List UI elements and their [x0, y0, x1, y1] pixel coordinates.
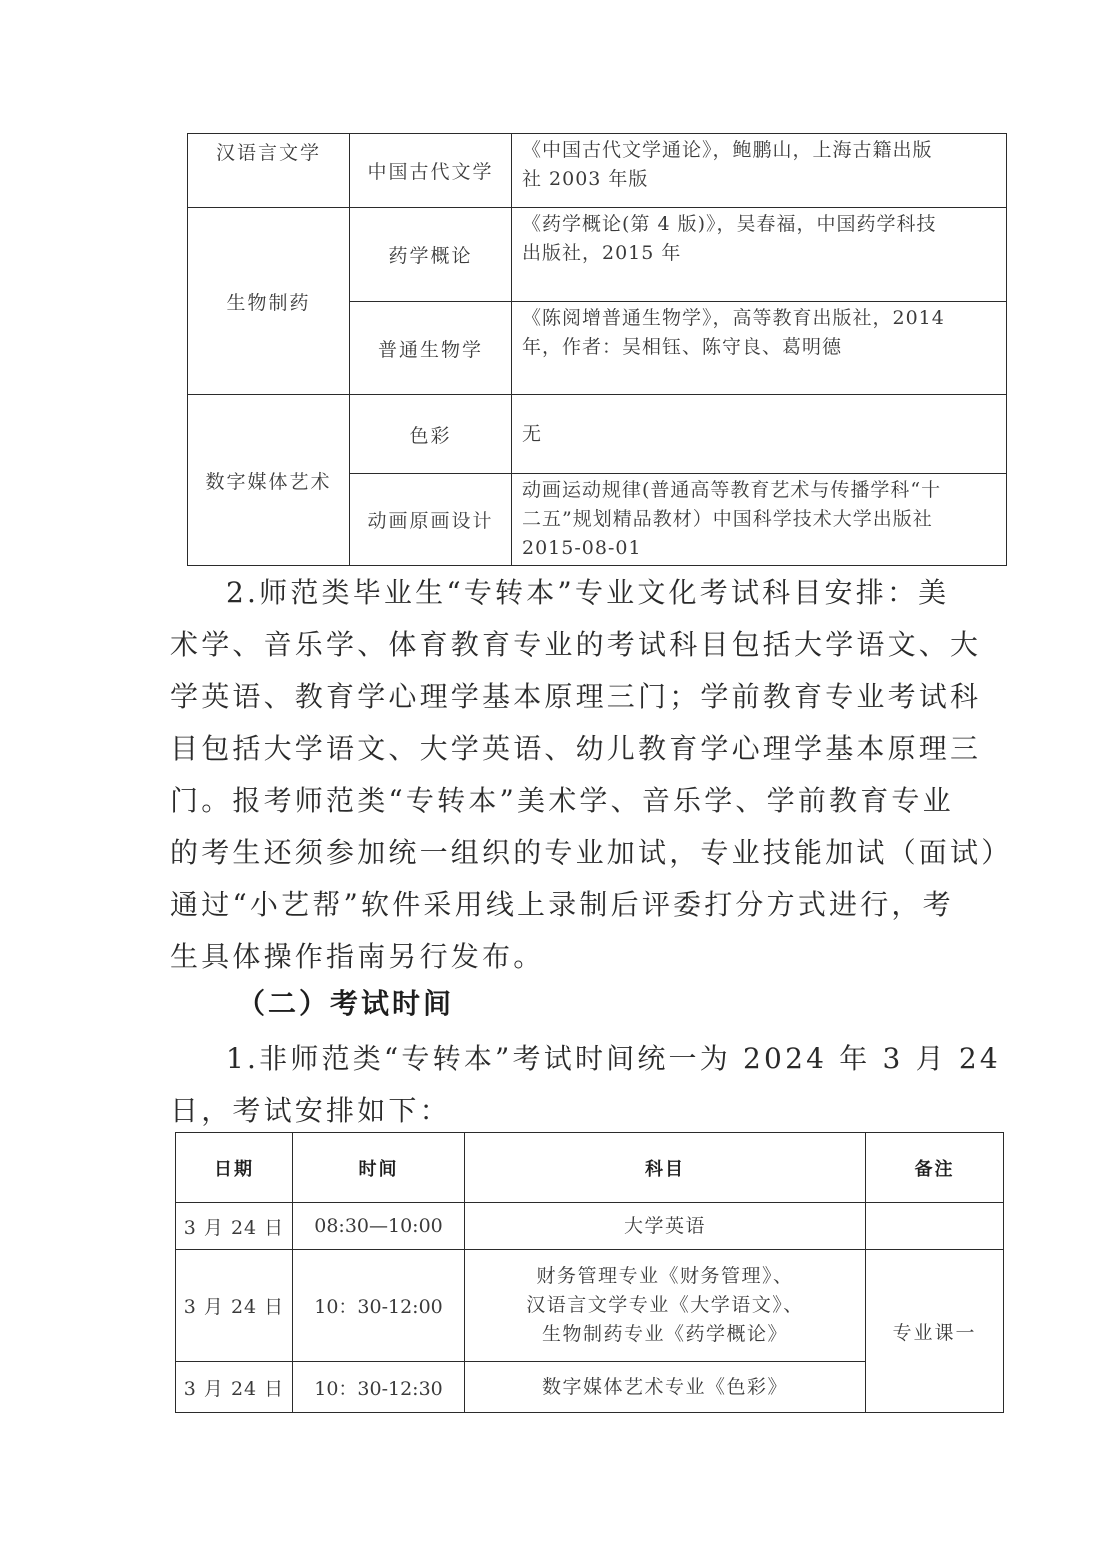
textbook-cell: 《药学概论(第 4 版)》，吴春福，中国药学科技 出版社，2015 年: [512, 208, 1007, 302]
textbook-line: 无: [522, 420, 1000, 449]
paragraph-line: 术学、音乐学、体育教育专业的考试科目包括大学语文、大: [170, 619, 940, 671]
textbook-line: 《中国古代文学通论》，鲍鹏山，上海古籍出版: [522, 136, 1000, 165]
course-cell: 动画原画设计: [350, 474, 512, 566]
textbook-cell: 《陈阅增普通生物学》，高等教育出版社，2014 年，作者：吴相钰、陈守良、葛明德: [512, 302, 1007, 395]
table-row: 汉语言文学 中国古代文学 《中国古代文学通论》，鲍鹏山，上海古籍出版 社 200…: [188, 134, 1007, 208]
textbook-cell: 《中国古代文学通论》，鲍鹏山，上海古籍出版 社 2003 年版: [512, 134, 1007, 208]
major-cell: 汉语言文学: [188, 134, 350, 208]
subject-line: 汉语言文学专业《大学语文》、: [465, 1291, 865, 1320]
subject-line: 生物制药专业《药学概论》: [465, 1320, 865, 1349]
major-cell: 生物制药: [188, 208, 350, 395]
time-cell: 08:30—10:00: [293, 1203, 465, 1250]
time-cell: 10：30-12:00: [293, 1250, 465, 1362]
normal-university-exam-paragraph: 2.师范类毕业生“专转本”专业文化考试科目安排：美 术学、音乐学、体育教育专业的…: [170, 567, 940, 983]
textbook-line: 二五”规划精品教材）中国科学技术大学出版社: [522, 505, 1000, 534]
paragraph-line: 生具体操作指南另行发布。: [170, 931, 940, 983]
paragraph-line: 通过“小艺帮”软件采用线上录制后评委打分方式进行，考: [170, 879, 940, 931]
major-cell: 数字媒体艺术: [188, 395, 350, 566]
subject-line: 数字媒体艺术专业《色彩》: [465, 1373, 865, 1402]
table-row: 数字媒体艺术 色彩 无: [188, 395, 1007, 474]
textbook-cell: 动画运动规律(普通高等教育艺术与传播学科“十 二五”规划精品教材）中国科学技术大…: [512, 474, 1007, 566]
note-cell: [866, 1203, 1004, 1250]
header-date: 日期: [176, 1133, 293, 1203]
paragraph-line: 1.非师范类“专转本”考试时间统一为 2024 年 3 月 24: [170, 1033, 940, 1085]
textbook-line: 年，作者：吴相钰、陈守良、葛明德: [522, 333, 1000, 362]
paragraph-line: 2.师范类毕业生“专转本”专业文化考试科目安排：美: [170, 567, 940, 619]
table-row: 3 月 24 日 10：30-12:00 财务管理专业《财务管理》、 汉语言文学…: [176, 1250, 1004, 1362]
exam-time-paragraph: 1.非师范类“专转本”考试时间统一为 2024 年 3 月 24 日，考试安排如…: [170, 1033, 940, 1137]
course-cell: 普通生物学: [350, 302, 512, 395]
header-note: 备注: [866, 1133, 1004, 1203]
paragraph-line: 目包括大学语文、大学英语、幼儿教育学心理学基本原理三: [170, 723, 940, 775]
exam-schedule-table: 日期 时间 科目 备注 3 月 24 日 08:30—10:00 大学英语 3 …: [175, 1132, 1004, 1413]
table-row: 生物制药 药学概论 《药学概论(第 4 版)》，吴春福，中国药学科技 出版社，2…: [188, 208, 1007, 302]
course-cell: 色彩: [350, 395, 512, 474]
course-cell: 药学概论: [350, 208, 512, 302]
time-cell: 10：30-12:30: [293, 1362, 465, 1413]
textbook-line: 《药学概论(第 4 版)》，吴春福，中国药学科技: [522, 210, 1000, 239]
textbook-line: 动画运动规律(普通高等教育艺术与传播学科“十: [522, 476, 1000, 505]
note-cell: 专业课一: [866, 1250, 1004, 1413]
textbook-line: 社 2003 年版: [522, 165, 1000, 194]
paragraph-line: 日，考试安排如下：: [170, 1085, 940, 1137]
subject-cell: 数字媒体艺术专业《色彩》: [465, 1362, 866, 1413]
textbook-cell: 无: [512, 395, 1007, 474]
paragraph-line: 学英语、教育学心理学基本原理三门；学前教育专业考试科: [170, 671, 940, 723]
paragraph-line: 门。报考师范类“专转本”美术学、音乐学、学前教育专业: [170, 775, 940, 827]
subject-line: 大学英语: [465, 1212, 865, 1241]
paragraph-line: 的考生还须参加统一组织的专业加试，专业技能加试（面试）: [170, 827, 940, 879]
textbook-table: 汉语言文学 中国古代文学 《中国古代文学通论》，鲍鹏山，上海古籍出版 社 200…: [187, 133, 1007, 566]
header-time: 时间: [293, 1133, 465, 1203]
table-header-row: 日期 时间 科目 备注: [176, 1133, 1004, 1203]
textbook-line: 2015-08-01: [522, 534, 1000, 563]
date-cell: 3 月 24 日: [176, 1362, 293, 1413]
header-subject: 科目: [465, 1133, 866, 1203]
subject-cell: 大学英语: [465, 1203, 866, 1250]
section-heading: （二）考试时间: [237, 982, 454, 1022]
subject-cell: 财务管理专业《财务管理》、 汉语言文学专业《大学语文》、 生物制药专业《药学概论…: [465, 1250, 866, 1362]
table-row: 3 月 24 日 08:30—10:00 大学英语: [176, 1203, 1004, 1250]
date-cell: 3 月 24 日: [176, 1203, 293, 1250]
date-cell: 3 月 24 日: [176, 1250, 293, 1362]
subject-line: 财务管理专业《财务管理》、: [465, 1262, 865, 1291]
textbook-line: 出版社，2015 年: [522, 239, 1000, 268]
course-cell: 中国古代文学: [350, 134, 512, 208]
textbook-line: 《陈阅增普通生物学》，高等教育出版社，2014: [522, 304, 1000, 333]
